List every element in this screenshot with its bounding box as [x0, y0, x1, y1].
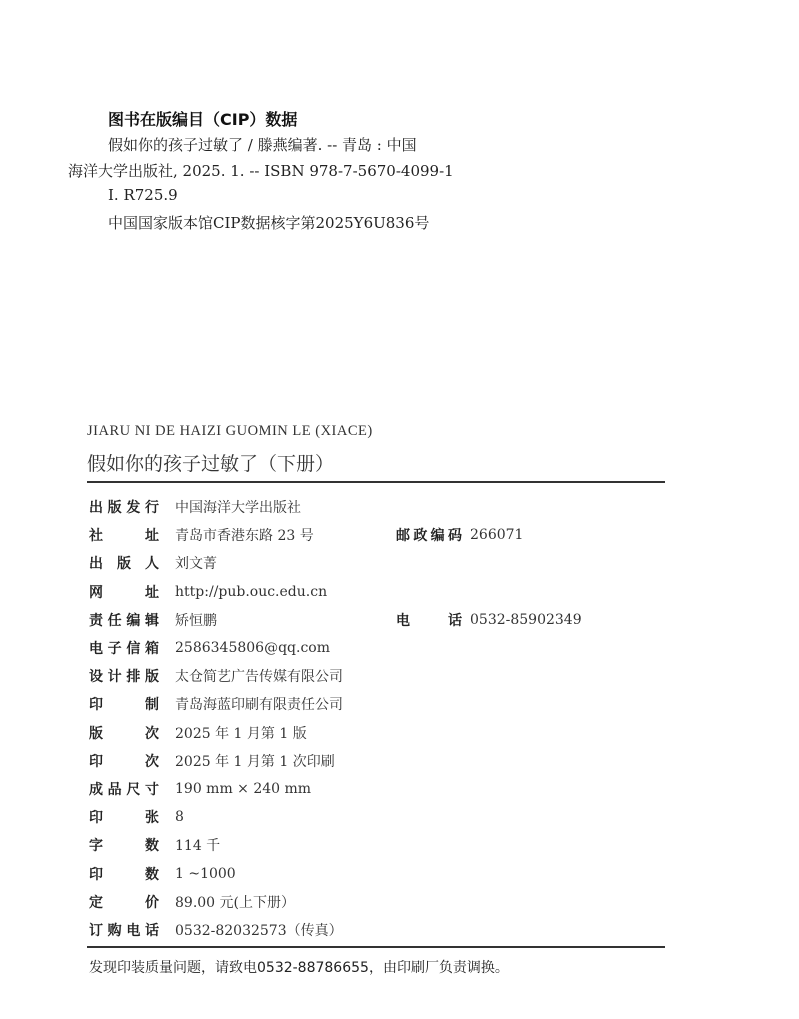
label-char: 址: [145, 525, 159, 545]
label-char: 制: [145, 694, 159, 714]
colophon-label: 电子信箱: [89, 638, 159, 658]
colophon-row-right: 邮政编码266071: [396, 524, 523, 546]
colophon-row: 设计排版太仓简艺广告传媒有限公司: [89, 665, 343, 687]
label-char: 话: [145, 920, 159, 940]
label-char: 社: [89, 525, 103, 545]
colophon-label: 成品尺寸: [89, 779, 159, 799]
label-char: 排: [126, 666, 140, 686]
colophon-value: 8: [175, 809, 184, 825]
colophon-value: 刘文菁: [175, 553, 217, 573]
colophon-value: http://pub.ouc.edu.cn: [175, 584, 327, 600]
quality-notice: 发现印装质量问题，请致电0532-88786655，由印刷厂负责调换。: [89, 957, 509, 977]
label-char: 责: [89, 610, 103, 630]
label-char: 编: [126, 610, 140, 630]
colophon-label: 网址: [89, 582, 159, 602]
label-char: 版: [117, 553, 131, 573]
label-char: 信: [126, 638, 140, 658]
label-char: 址: [145, 582, 159, 602]
label-char: 计: [108, 666, 122, 686]
label-char: 话: [448, 610, 462, 630]
colophon-value: 190 mm × 240 mm: [175, 781, 311, 797]
cip-line: 海洋大学出版社, 2025. 1. -- ISBN 978-7-5670-409…: [68, 160, 454, 181]
book-pinyin-title: JIARU NI DE HAIZI GUOMIN LE (XIACE): [87, 423, 373, 440]
label-char: 出: [89, 497, 103, 517]
colophon-label: 版次: [89, 723, 159, 743]
label-char: 辑: [145, 610, 159, 630]
colophon-value: 1 ~1000: [175, 866, 236, 882]
colophon-label: 邮政编码: [396, 525, 462, 545]
colophon-row: 印张8: [89, 806, 184, 828]
colophon-row: 字数114 千: [89, 834, 220, 856]
colophon-label: 出版人: [89, 553, 159, 573]
label-char: 版: [89, 723, 103, 743]
colophon-value: 0532-82032573（传真）: [175, 920, 343, 940]
label-char: 编: [431, 525, 445, 545]
label-char: 数: [145, 835, 159, 855]
colophon-label: 订购电话: [89, 920, 159, 940]
colophon-label: 定价: [89, 892, 159, 912]
colophon-row: 网址http://pub.ouc.edu.cn: [89, 581, 327, 603]
label-char: 成: [89, 779, 103, 799]
cip-line: 中国国家版本馆CIP数据核字第2025Y6U836号: [108, 212, 429, 233]
colophon-label: 印制: [89, 694, 159, 714]
label-char: 网: [89, 582, 103, 602]
label-char: 价: [145, 892, 159, 912]
label-char: 购: [108, 920, 122, 940]
label-char: 出: [89, 553, 103, 573]
colophon-value: 0532-85902349: [470, 612, 582, 628]
label-char: 版: [108, 497, 122, 517]
colophon-value: 中国海洋大学出版社: [175, 497, 301, 517]
colophon-value: 89.00 元(上下册）: [175, 892, 295, 912]
colophon-value: 青岛海蓝印刷有限责任公司: [175, 694, 343, 714]
colophon-value: 2025 年 1 月第 1 版: [175, 723, 307, 743]
colophon-row: 电子信箱2586345806@qq.com: [89, 637, 330, 659]
colophon-row: 印制青岛海蓝印刷有限责任公司: [89, 693, 343, 715]
colophon-row: 印数1 ~1000: [89, 863, 236, 885]
label-char: 定: [89, 892, 103, 912]
label-char: 邮: [396, 525, 410, 545]
colophon-label: 出版发行: [89, 497, 159, 517]
colophon-value: 2586345806@qq.com: [175, 640, 330, 656]
colophon-row: 版次2025 年 1 月第 1 版: [89, 722, 307, 744]
label-char: 版: [145, 666, 159, 686]
colophon-row: 定价89.00 元(上下册）: [89, 891, 295, 913]
label-char: 政: [413, 525, 427, 545]
colophon-row: 社址青岛市香港东路 23 号: [89, 524, 314, 546]
colophon-label: 印数: [89, 864, 159, 884]
label-char: 行: [145, 497, 159, 517]
colophon-label: 社址: [89, 525, 159, 545]
label-char: 数: [145, 864, 159, 884]
colophon-value: 266071: [470, 527, 523, 543]
colophon-label: 印张: [89, 807, 159, 827]
label-char: 张: [145, 807, 159, 827]
colophon-value: 矫恒鹏: [175, 610, 217, 630]
cip-line: Ⅰ. R725.9: [108, 186, 178, 204]
label-char: 字: [89, 835, 103, 855]
label-char: 印: [89, 807, 103, 827]
colophon-row: 出版发行中国海洋大学出版社: [89, 496, 301, 518]
colophon-label: 印次: [89, 751, 159, 771]
divider: [87, 481, 665, 483]
label-char: 次: [145, 751, 159, 771]
colophon-row: 订购电话0532-82032573（传真）: [89, 919, 343, 941]
label-char: 电: [396, 610, 410, 630]
label-char: 电: [89, 638, 103, 658]
label-char: 品: [108, 779, 122, 799]
colophon-row: 印次2025 年 1 月第 1 次印刷: [89, 750, 335, 772]
label-char: 人: [145, 553, 159, 573]
label-char: 次: [145, 723, 159, 743]
label-char: 子: [108, 638, 122, 658]
colophon-value: 2025 年 1 月第 1 次印刷: [175, 751, 335, 771]
colophon-value: 114 千: [175, 835, 220, 855]
colophon-row-right: 电话0532-85902349: [396, 609, 582, 631]
label-char: 寸: [145, 779, 159, 799]
cip-title: 图书在版编目（CIP）数据: [108, 107, 297, 130]
label-char: 设: [89, 666, 103, 686]
colophon-label: 字数: [89, 835, 159, 855]
label-char: 电: [126, 920, 140, 940]
colophon-row: 责任编辑矫恒鹏: [89, 609, 217, 631]
label-char: 任: [108, 610, 122, 630]
cip-line: 假如你的孩子过敏了 / 滕燕编著. -- 青岛 : 中国: [108, 134, 417, 155]
divider: [87, 946, 665, 948]
colophon-row: 出版人刘文菁: [89, 552, 217, 574]
label-char: 印: [89, 751, 103, 771]
colophon-label: 设计排版: [89, 666, 159, 686]
colophon-label: 责任编辑: [89, 610, 159, 630]
label-char: 箱: [145, 638, 159, 658]
label-char: 印: [89, 864, 103, 884]
label-char: 码: [448, 525, 462, 545]
colophon-row: 成品尺寸190 mm × 240 mm: [89, 778, 311, 800]
colophon-label: 电话: [396, 610, 462, 630]
book-title: 假如你的孩子过敏了（下册）: [87, 449, 334, 476]
label-char: 印: [89, 694, 103, 714]
label-char: 订: [89, 920, 103, 940]
colophon-value: 青岛市香港东路 23 号: [175, 525, 314, 545]
label-char: 发: [126, 497, 140, 517]
label-char: 尺: [126, 779, 140, 799]
colophon-value: 太仓简艺广告传媒有限公司: [175, 666, 343, 686]
